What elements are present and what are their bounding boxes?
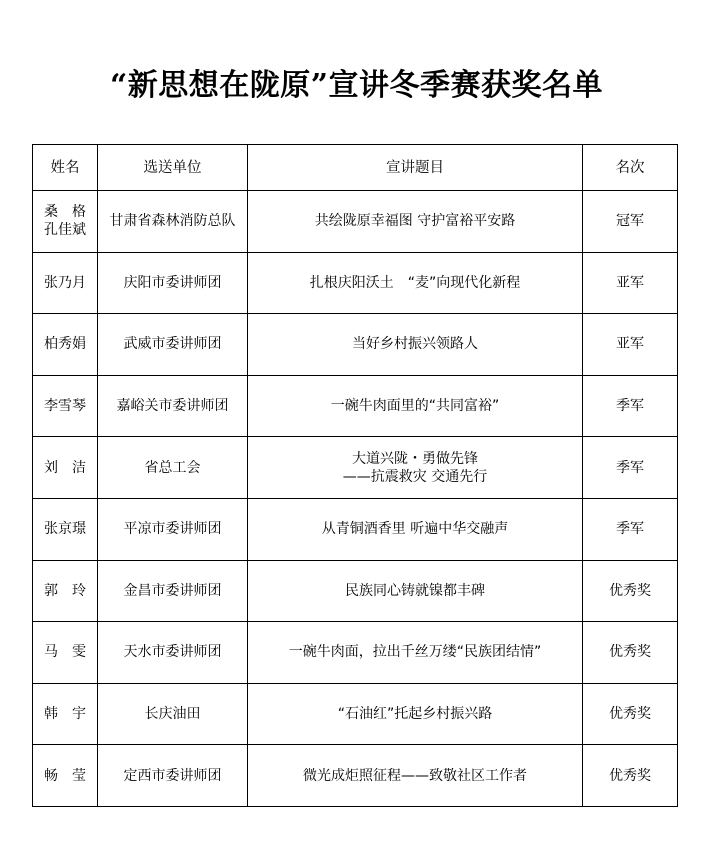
table-row: 李雪琴 嘉峪关市委讲师团 一碗牛肉面里的“共同富裕” 季军 bbox=[33, 375, 678, 437]
table-header-row: 姓名 选送单位 宣讲题目 名次 bbox=[33, 145, 678, 191]
cell-topic: 从青铜酒香里 听遍中华交融声 bbox=[248, 498, 583, 560]
table-row: 郭 玲 金昌市委讲师团 民族同心铸就镍都丰碑 优秀奖 bbox=[33, 560, 678, 622]
cell-name: 桑 格 孔佳斌 bbox=[33, 191, 98, 253]
cell-topic: 当好乡村振兴领路人 bbox=[248, 314, 583, 376]
cell-topic: 扎根庆阳沃土 “麦”向现代化新程 bbox=[248, 252, 583, 314]
table-row: 张京璟 平凉市委讲师团 从青铜酒香里 听遍中华交融声 季军 bbox=[33, 498, 678, 560]
topic-line: ——抗震救灾 交通先行 bbox=[250, 468, 580, 486]
cell-unit: 天水市委讲师团 bbox=[98, 622, 248, 684]
cell-rank: 季军 bbox=[583, 437, 678, 499]
topic-line: 大道兴陇・勇做先锋 bbox=[250, 450, 580, 468]
cell-unit: 庆阳市委讲师团 bbox=[98, 252, 248, 314]
cell-rank: 冠军 bbox=[583, 191, 678, 253]
cell-unit: 武威市委讲师团 bbox=[98, 314, 248, 376]
cell-rank: 亚军 bbox=[583, 252, 678, 314]
document-title: “新思想在陇原”宣讲冬季赛获奖名单 bbox=[0, 62, 713, 110]
cell-topic: 微光成炬照征程——致敬社区工作者 bbox=[248, 745, 583, 807]
cell-name: 张乃月 bbox=[33, 252, 98, 314]
cell-name: 刘 洁 bbox=[33, 437, 98, 499]
cell-name: 马 雯 bbox=[33, 622, 98, 684]
cell-topic: 一碗牛肉面，拉出千丝万缕“民族团结情” bbox=[248, 622, 583, 684]
name-line: 孔佳斌 bbox=[35, 221, 95, 239]
cell-name: 李雪琴 bbox=[33, 375, 98, 437]
table-row: 张乃月 庆阳市委讲师团 扎根庆阳沃土 “麦”向现代化新程 亚军 bbox=[33, 252, 678, 314]
cell-rank: 优秀奖 bbox=[583, 622, 678, 684]
cell-name: 张京璟 bbox=[33, 498, 98, 560]
cell-rank: 优秀奖 bbox=[583, 560, 678, 622]
cell-unit: 平凉市委讲师团 bbox=[98, 498, 248, 560]
cell-name: 畅 莹 bbox=[33, 745, 98, 807]
awards-table: 姓名 选送单位 宣讲题目 名次 桑 格 孔佳斌 甘肃省森林消防总队 共绘陇原幸福… bbox=[32, 144, 678, 807]
cell-unit: 嘉峪关市委讲师团 bbox=[98, 375, 248, 437]
cell-topic: 共绘陇原幸福图 守护富裕平安路 bbox=[248, 191, 583, 253]
cell-name: 韩 宇 bbox=[33, 683, 98, 745]
cell-rank: 优秀奖 bbox=[583, 745, 678, 807]
cell-unit: 定西市委讲师团 bbox=[98, 745, 248, 807]
cell-unit: 金昌市委讲师团 bbox=[98, 560, 248, 622]
header-name: 姓名 bbox=[33, 145, 98, 191]
table-row: 桑 格 孔佳斌 甘肃省森林消防总队 共绘陇原幸福图 守护富裕平安路 冠军 bbox=[33, 191, 678, 253]
cell-name: 郭 玲 bbox=[33, 560, 98, 622]
cell-unit: 省总工会 bbox=[98, 437, 248, 499]
table-row: 畅 莹 定西市委讲师团 微光成炬照征程——致敬社区工作者 优秀奖 bbox=[33, 745, 678, 807]
cell-unit: 甘肃省森林消防总队 bbox=[98, 191, 248, 253]
header-rank: 名次 bbox=[583, 145, 678, 191]
cell-topic: 一碗牛肉面里的“共同富裕” bbox=[248, 375, 583, 437]
cell-name: 柏秀娟 bbox=[33, 314, 98, 376]
table-row: 刘 洁 省总工会 大道兴陇・勇做先锋 ——抗震救灾 交通先行 季军 bbox=[33, 437, 678, 499]
table-row: 韩 宇 长庆油田 “石油红”托起乡村振兴路 优秀奖 bbox=[33, 683, 678, 745]
cell-rank: 优秀奖 bbox=[583, 683, 678, 745]
header-topic: 宣讲题目 bbox=[248, 145, 583, 191]
table-row: 马 雯 天水市委讲师团 一碗牛肉面，拉出千丝万缕“民族团结情” 优秀奖 bbox=[33, 622, 678, 684]
cell-topic: 民族同心铸就镍都丰碑 bbox=[248, 560, 583, 622]
table-row: 柏秀娟 武威市委讲师团 当好乡村振兴领路人 亚军 bbox=[33, 314, 678, 376]
cell-rank: 季军 bbox=[583, 375, 678, 437]
cell-unit: 长庆油田 bbox=[98, 683, 248, 745]
cell-topic: “石油红”托起乡村振兴路 bbox=[248, 683, 583, 745]
topic-line: 共绘陇原幸福图 守护富裕平安路 bbox=[250, 212, 580, 230]
name-line: 桑 格 bbox=[35, 203, 95, 221]
cell-topic: 大道兴陇・勇做先锋 ——抗震救灾 交通先行 bbox=[248, 437, 583, 499]
header-unit: 选送单位 bbox=[98, 145, 248, 191]
cell-rank: 季军 bbox=[583, 498, 678, 560]
cell-rank: 亚军 bbox=[583, 314, 678, 376]
